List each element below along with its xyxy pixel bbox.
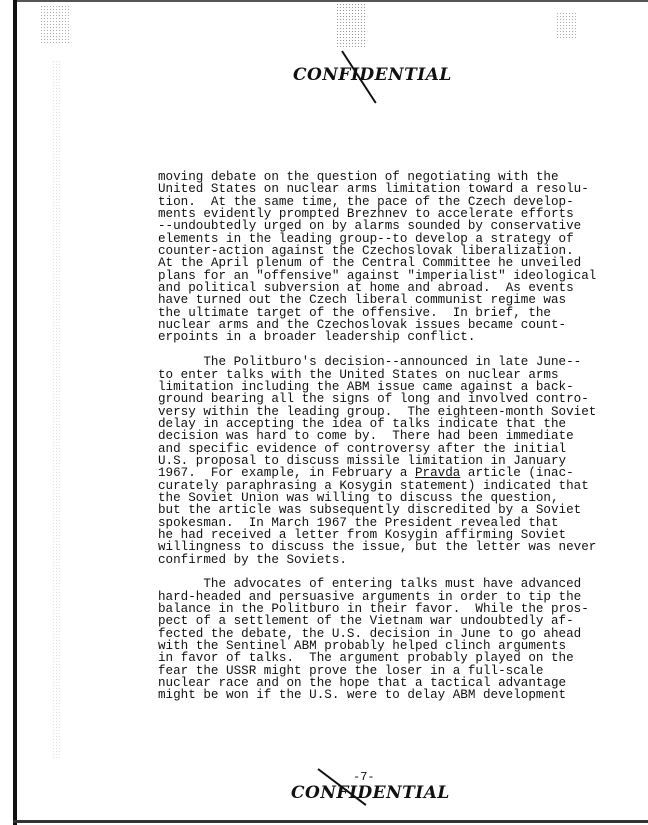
- scan-noise: [556, 12, 578, 40]
- document-body: moving debate on the question of negotia…: [158, 171, 618, 702]
- scan-noise: [336, 3, 366, 48]
- text-line: The Politburo's decision--announced in l…: [158, 356, 618, 368]
- text-line: United States on nuclear arms limitation…: [158, 183, 618, 195]
- text-line: to enter talks with the United States on…: [158, 369, 618, 381]
- text-line: but the article was subsequently discred…: [158, 504, 618, 516]
- text-line: willingness to discuss the issue, but th…: [158, 541, 618, 553]
- scan-noise: [52, 60, 60, 760]
- text-line: ground bearing all the signs of long and…: [158, 393, 618, 405]
- text-line: pect of a settlement of the Vietnam war …: [158, 615, 618, 627]
- document-page: CONFIDENTIAL moving debate on the questi…: [0, 0, 648, 825]
- footer-classification: CONFIDENTIAL: [291, 783, 450, 803]
- paragraph: The advocates of entering talks must hav…: [158, 578, 618, 701]
- paragraph: The Politburo's decision--announced in l…: [158, 356, 618, 566]
- page-border-top: [13, 0, 648, 2]
- page-border-bottom: [13, 820, 648, 823]
- text-line: have turned out the Czech liberal commun…: [158, 294, 618, 306]
- header-classification: CONFIDENTIAL: [293, 65, 452, 85]
- text-line: might be won if the U.S. were to delay A…: [158, 689, 618, 701]
- page-number: -7-: [353, 770, 375, 784]
- text-line: decision was hard to come by. There had …: [158, 430, 618, 442]
- text-line: erpoints in a broader leadership conflic…: [158, 331, 618, 343]
- paragraph: moving debate on the question of negotia…: [158, 171, 618, 344]
- text-line: At the April plenum of the Central Commi…: [158, 257, 618, 269]
- text-line: 1967. For example, in February a Pravda …: [158, 467, 618, 479]
- text-line: The advocates of entering talks must hav…: [158, 578, 618, 590]
- page-border-left: [13, 0, 17, 825]
- scan-noise: [40, 5, 70, 45]
- text-line: confirmed by the Soviets.: [158, 554, 618, 566]
- text-line: --undoubtedly urged on by alarms sounded…: [158, 220, 618, 232]
- text-line: in favor of talks. The argument probably…: [158, 652, 618, 664]
